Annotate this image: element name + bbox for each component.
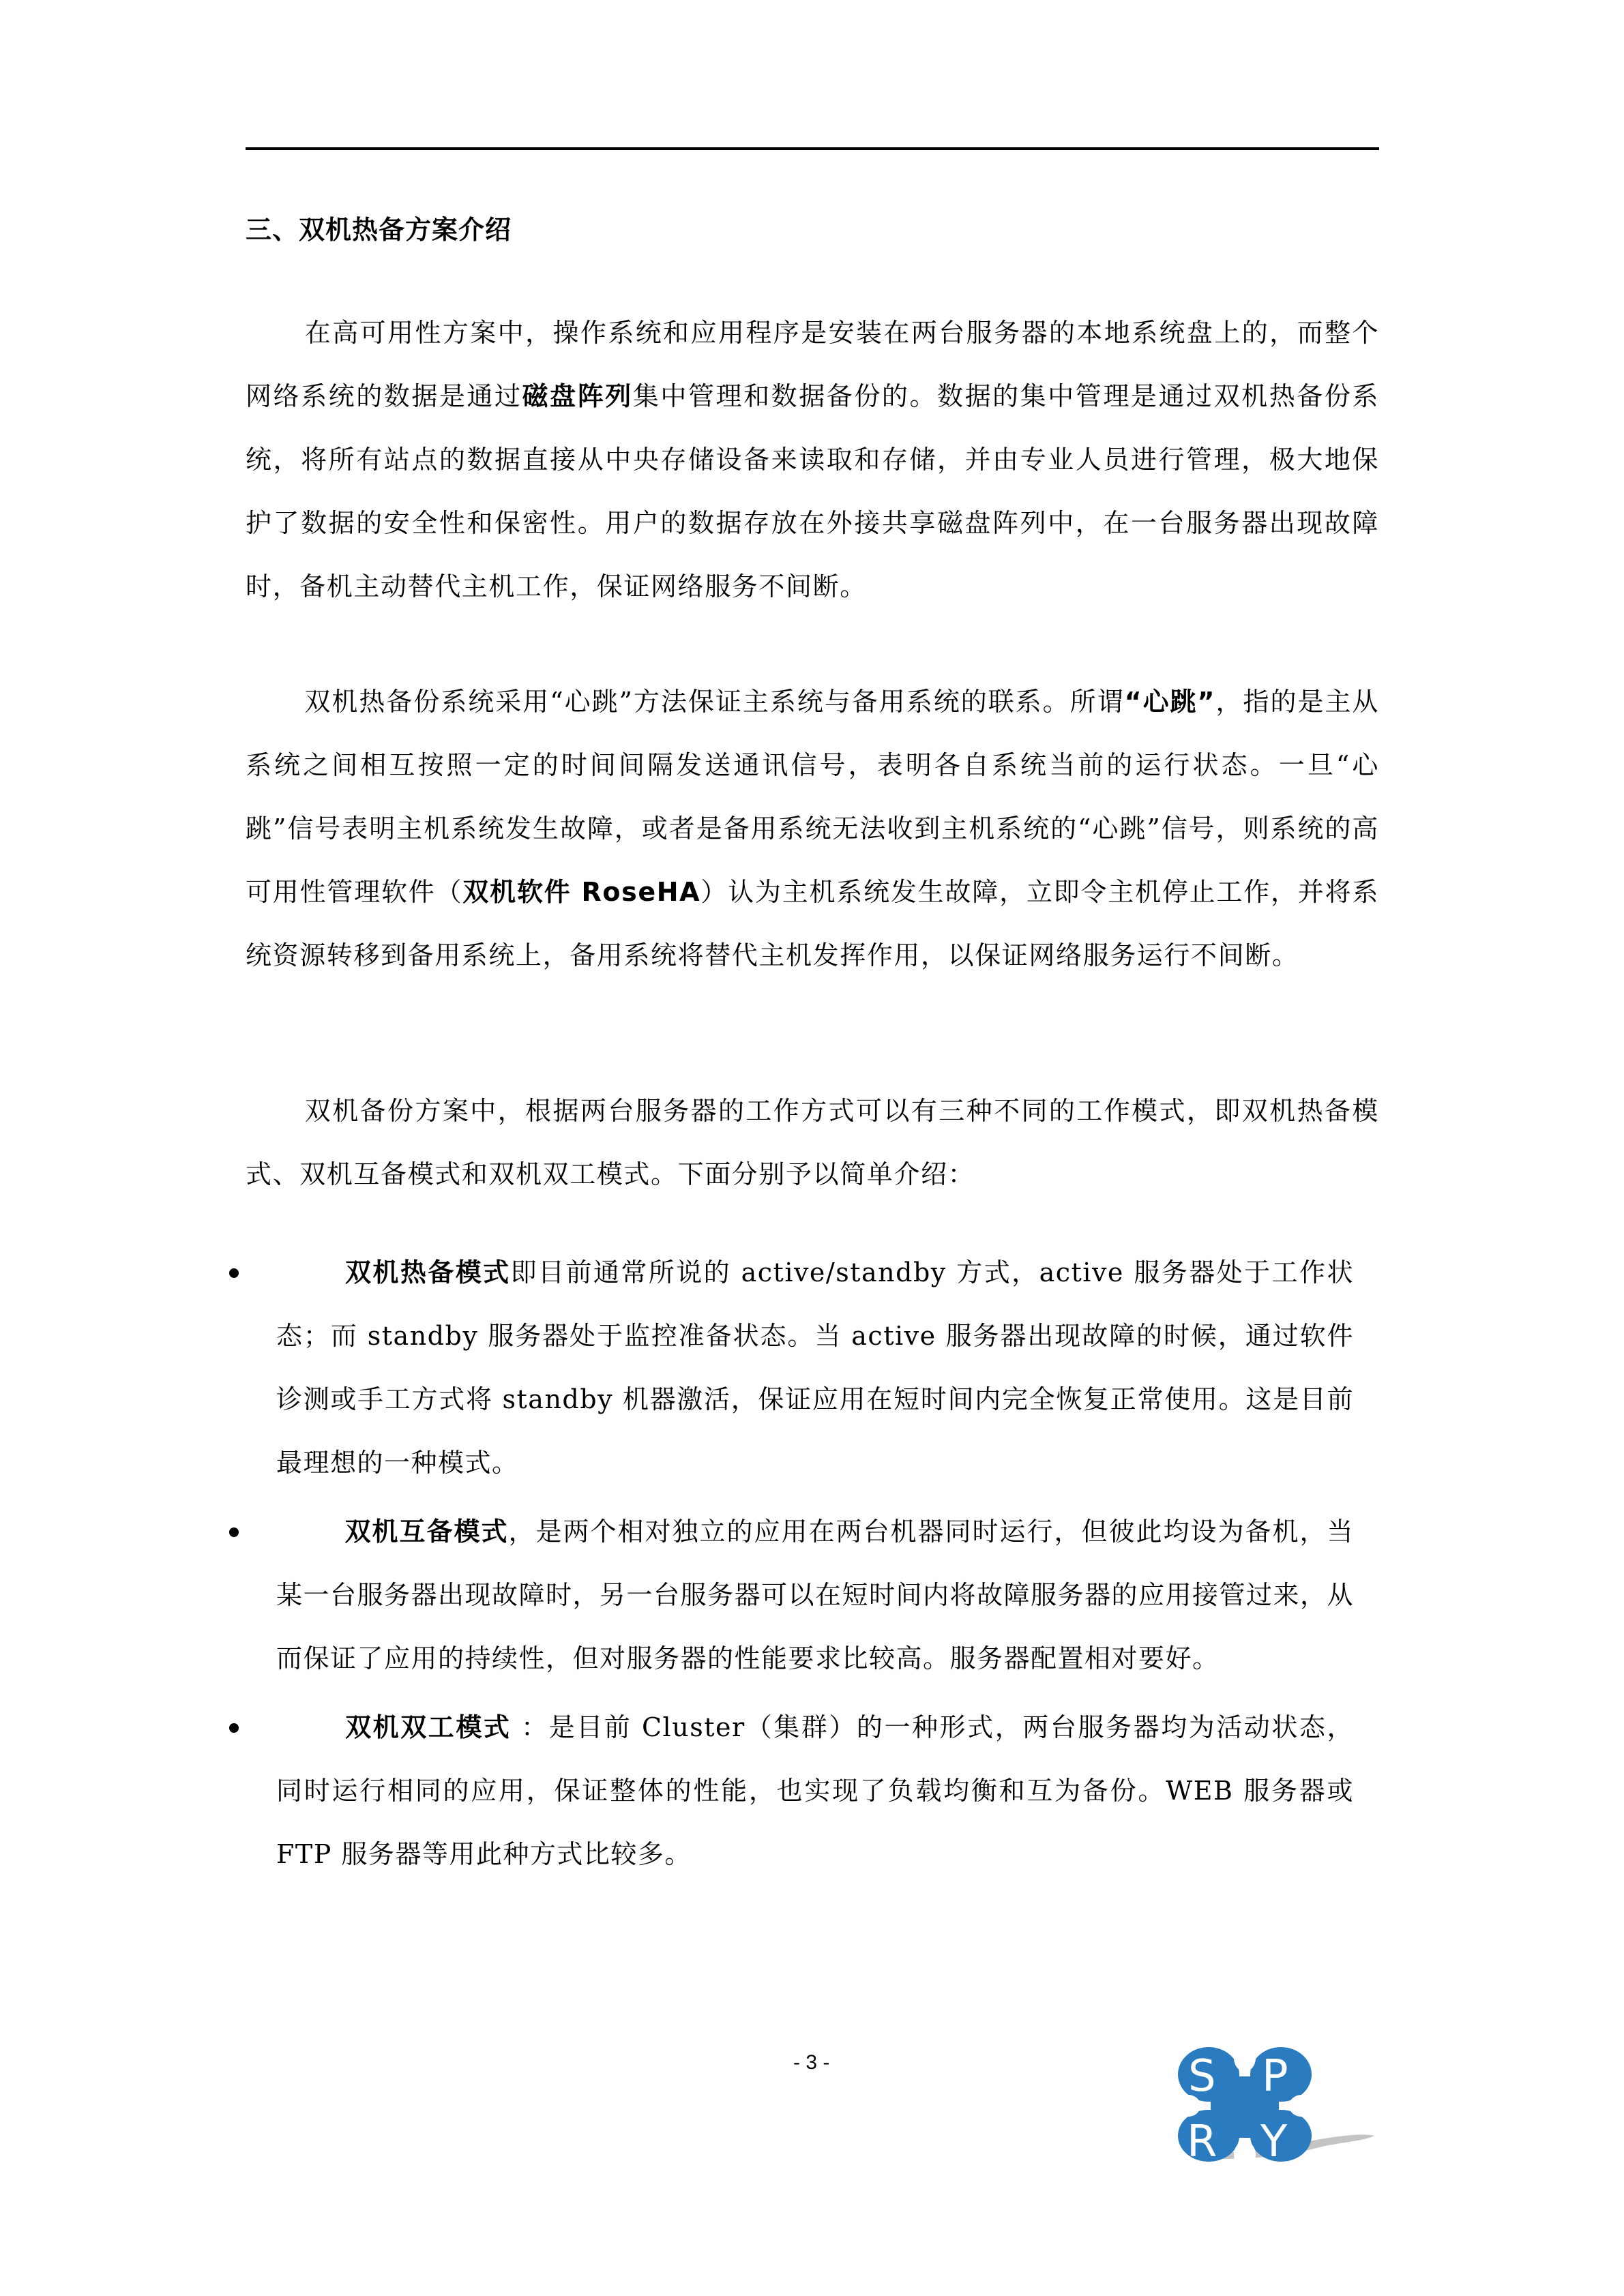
list-item-body: 即目前通常所说的 active/standby 方式，active 服务器处于工…: [276, 1257, 1354, 1478]
bullet-icon: [229, 1527, 239, 1537]
bullet-icon: [229, 1268, 239, 1278]
logo-letter-p: P: [1262, 2051, 1288, 2102]
bold-term-heartbeat: “心跳”: [1125, 687, 1216, 717]
paragraph-intro: 在高可用性方案中，操作系统和应用程序是安装在两台服务器的本地系统盘上的，而整个网…: [246, 301, 1379, 618]
modes-list: 双机热备模式即目前通常所说的 active/standby 方式，active …: [205, 1241, 1379, 1886]
spry-logo-icon: S P R Y: [1173, 2046, 1391, 2168]
bold-term-roseha: 双机软件 RoseHA: [462, 877, 700, 907]
paragraph-heartbeat: 双机热备份系统采用“心跳”方法保证主系统与备用系统的联系。所谓“心跳”，指的是主…: [246, 670, 1379, 987]
logo-letter-y: Y: [1260, 2117, 1288, 2167]
list-item-title: 双机双工模式: [344, 1712, 511, 1742]
paragraph-text: ，指的是主从系统之间相互按照一定的时间间隔发送通讯信号，表明各自系统当前的运行状…: [246, 687, 1379, 907]
section-heading: 三、双机热备方案介绍: [246, 213, 512, 247]
list-item-title: 双机热备模式: [344, 1257, 511, 1287]
logo-letter-r: R: [1187, 2117, 1217, 2167]
header-rule: [246, 147, 1379, 150]
paragraph-text: 集中管理和数据备份的。数据的集中管理是通过双机热备份系统，将所有站点的数据直接从…: [246, 381, 1379, 601]
list-item-title: 双机互备模式: [344, 1517, 509, 1547]
paragraph-text: 双机热备份系统采用“心跳”方法保证主系统与备用系统的联系。所谓: [304, 687, 1125, 717]
paragraph-text: 双机备份方案中，根据两台服务器的工作方式可以有三种不同的工作模式，即双机热备模式…: [246, 1096, 1379, 1189]
list-item-hot-standby: 双机热备模式即目前通常所说的 active/standby 方式，active …: [205, 1241, 1354, 1495]
list-item-duplex: 双机双工模式 ：是目前 Cluster（集群）的一种形式，两台服务器均为活动状态…: [205, 1696, 1354, 1886]
logo-letter-s: S: [1188, 2051, 1216, 2102]
bold-term-disk-array: 磁盘阵列: [522, 381, 633, 411]
bullet-icon: [229, 1723, 239, 1733]
list-item-mutual-standby: 双机互备模式，是两个相对独立的应用在两台机器同时运行，但彼此均设为备机，当某一台…: [205, 1500, 1354, 1690]
page-number: - 3 -: [793, 2049, 829, 2076]
paragraph-modes-intro: 双机备份方案中，根据两台服务器的工作方式可以有三种不同的工作模式，即双机热备模式…: [246, 1079, 1379, 1206]
company-logo: S P R Y: [1173, 2046, 1391, 2168]
